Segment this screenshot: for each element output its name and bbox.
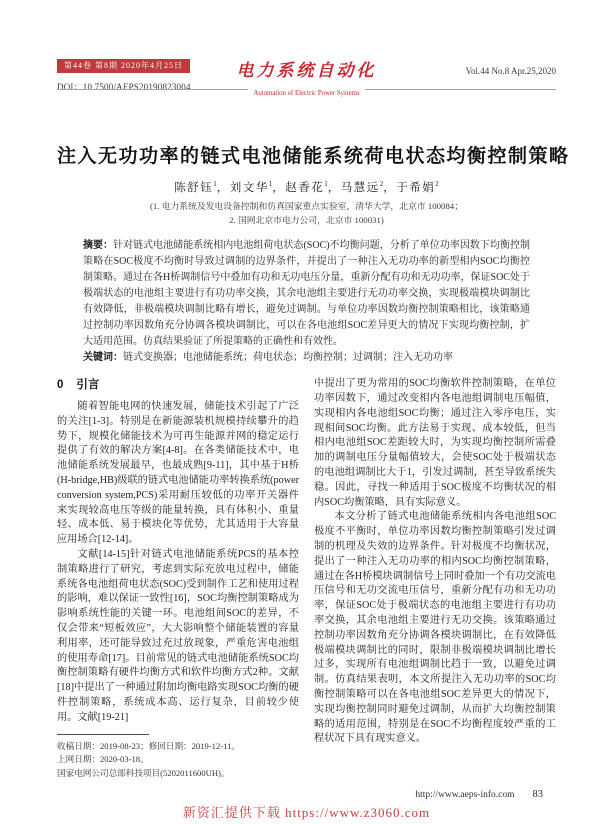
page-footer: http://www.aeps-info.com83 xyxy=(415,789,543,800)
abstract-text: 针对链式电池储能系统相内电池组荷电状态(SOC)不均衡问题，分析了单位功率因数下… xyxy=(83,240,530,347)
footnote-funding: 国家电网公司总部科技项目(5202011600UH)。 xyxy=(57,767,299,781)
body-paragraph: 中提出了更为常用的SOC均衡软件控制策略，在单位功率因数下，通过改变相内各电池组… xyxy=(314,377,556,510)
body-paragraph: 文献[14-15]针对链式电池储能系统PCS的基本控制策略进行了研究，考虑到实际… xyxy=(57,548,299,726)
article-title: 注入无功功率的链式电池储能系统荷电状态均衡控制策略 xyxy=(57,141,556,168)
author-separator: ， xyxy=(272,182,285,194)
author: 陈舒钰1 xyxy=(174,182,217,194)
author-name: 于希娟 xyxy=(396,182,435,194)
article-content: 注入无功功率的链式电池储能系统荷电状态均衡控制策略 陈舒钰1，刘文华1，赵香花1… xyxy=(57,141,556,780)
author-name: 陈舒钰 xyxy=(174,182,213,194)
keywords: 关键词：链式变换器；电池储能系统；荷电状态；均衡控制；过调制；注入无功功率 xyxy=(83,350,530,366)
author-separator: ， xyxy=(328,182,341,194)
keywords-label: 关键词： xyxy=(83,352,123,363)
journal-name-en: Automation of Electric Power Systems xyxy=(248,89,364,98)
body-paragraph: 本文分析了链式电池储能系统相内各电池组SOC极度不平衡时，单位功率因数均衡控制策… xyxy=(314,510,556,747)
section-heading: 0引言 xyxy=(57,378,299,393)
footnote-online-date: 上网日期：2020-03-18。 xyxy=(57,753,299,767)
author: 刘文华1 xyxy=(230,182,273,194)
right-column: 中提出了更为常用的SOC均衡软件控制策略，在单位功率因数下，通过改变相内各电池组… xyxy=(314,377,556,780)
abstract-label: 摘要： xyxy=(83,240,113,251)
footnote-divider xyxy=(57,734,149,735)
author-line: 陈舒钰1，刘文华1，赵香花1，马慧远2，于希娟2 xyxy=(57,179,556,195)
affiliation-line-2: 2. 国网北京市电力公司，北京市 100031) xyxy=(57,214,556,228)
body-paragraph: 随着智能电网的快速发展，储能技术引起了广泛的关注[1-3]。特别是在新能源装机规… xyxy=(57,400,299,548)
issue-info-badge: 第44卷 第8期 2020年4月25日 xyxy=(57,59,190,73)
journal-name-cn: 电力系统自动化 xyxy=(237,60,377,82)
journal-website-url: http://www.aeps-info.com xyxy=(415,790,514,800)
author-name: 刘文华 xyxy=(230,182,269,194)
affiliation-line-1: (1. 电力系统及发电设备控制和仿真国家重点实验室，清华大学，北京市 10008… xyxy=(57,200,556,214)
keywords-text: 链式变换器；电池储能系统；荷电状态；均衡控制；过调制；注入无功功率 xyxy=(123,352,453,363)
author-name: 赵香花 xyxy=(285,182,324,194)
section-title: 引言 xyxy=(76,379,99,391)
left-column: 0引言 随着智能电网的快速发展，储能技术引起了广泛的关注[1-3]。特别是在新能… xyxy=(57,377,299,780)
page-header: 第44卷 第8期 2020年4月25日 DOI：10.7500/AEPS2019… xyxy=(57,57,556,103)
section-number: 0 xyxy=(57,379,63,391)
abstract: 摘要：针对链式电池储能系统相内电池组荷电状态(SOC)不均衡问题，分析了单位功率… xyxy=(83,238,530,350)
journal-logo: 电力系统自动化 Automation of Electric Power Sys… xyxy=(237,60,377,100)
author-separator: ， xyxy=(383,182,396,194)
author: 于希娟2 xyxy=(396,182,439,194)
download-watermark: 新资汇提供下载 https://www.z3060.com xyxy=(0,802,613,821)
journal-page: 第44卷 第8期 2020年4月25日 DOI：10.7500/AEPS2019… xyxy=(0,0,613,825)
doi-text: DOI：10.7500/AEPS20190823004 xyxy=(57,80,191,93)
body-columns: 0引言 随着智能电网的快速发展，储能技术引起了广泛的关注[1-3]。特别是在新能… xyxy=(57,377,556,780)
page-number: 83 xyxy=(533,789,544,800)
footnote-received-date: 收稿日期：2019-08-23；修回日期：2019-12-11。 xyxy=(57,740,299,754)
author-separator: ， xyxy=(217,182,230,194)
author-affil-sup: 2 xyxy=(435,180,439,188)
volume-info: Vol.44 No.8 Apr.25,2020 xyxy=(466,66,556,76)
author: 马慧远2 xyxy=(341,182,384,194)
affiliations: (1. 电力系统及发电设备控制和仿真国家重点实验室，清华大学，北京市 10008… xyxy=(57,200,556,227)
author-name: 马慧远 xyxy=(341,182,380,194)
author: 赵香花1 xyxy=(285,182,328,194)
